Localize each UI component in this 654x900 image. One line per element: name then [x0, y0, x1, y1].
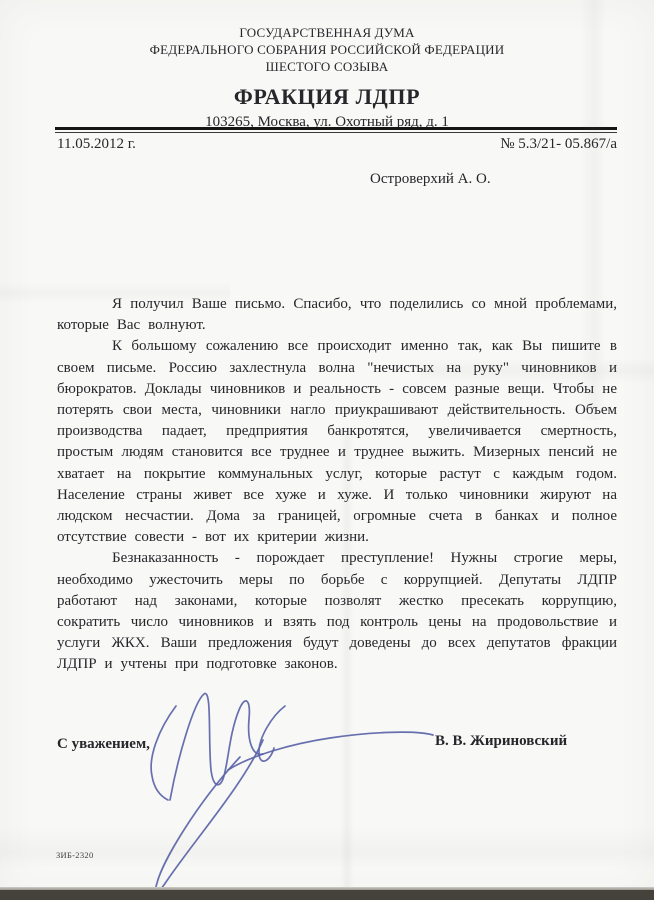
body-paragraph-3: Безнаказанность - порождает преступление… — [57, 548, 617, 675]
scanned-letter-page: ГОСУДАРСТВЕННАЯ ДУМА ФЕДЕРАЛЬНОГО СОБРАН… — [0, 0, 654, 900]
scan-edge-band — [0, 890, 654, 900]
addressee-name: Островерхий А. О. — [370, 171, 491, 188]
document-date: 11.05.2012 г. — [57, 136, 136, 153]
letterhead-divider-rule — [55, 127, 617, 133]
signature-stroke-loop — [259, 706, 285, 761]
letterhead: ГОСУДАРСТВЕННАЯ ДУМА ФЕДЕРАЛЬНОГО СОБРАН… — [0, 24, 654, 131]
handwritten-signature-ink — [140, 686, 590, 900]
org-name-line2: ФЕДЕРАЛЬНОГО СОБРАНИЯ РОССИЙСКОЙ ФЕДЕРАЦ… — [0, 41, 654, 58]
faction-title: ФРАКЦИЯ ЛДПР — [0, 84, 654, 110]
closing-phrase: С уважением, — [57, 736, 150, 753]
form-code: ЗИБ-2320 — [56, 850, 94, 860]
signature-stroke-descender — [156, 740, 263, 892]
letter-body: Я получил Ваше письмо. Спасибо, что поде… — [57, 294, 617, 676]
body-paragraph-1: Я получил Ваше письмо. Спасибо, что поде… — [57, 294, 617, 336]
org-name-line1: ГОСУДАРСТВЕННАЯ ДУМА — [0, 24, 654, 41]
document-number: № 5.3/21- 05.867/а — [500, 136, 617, 153]
body-paragraph-2: К большому сожалению все происходит имен… — [57, 336, 617, 548]
org-name-line3: ШЕСТОГО СОЗЫВА — [0, 58, 654, 75]
